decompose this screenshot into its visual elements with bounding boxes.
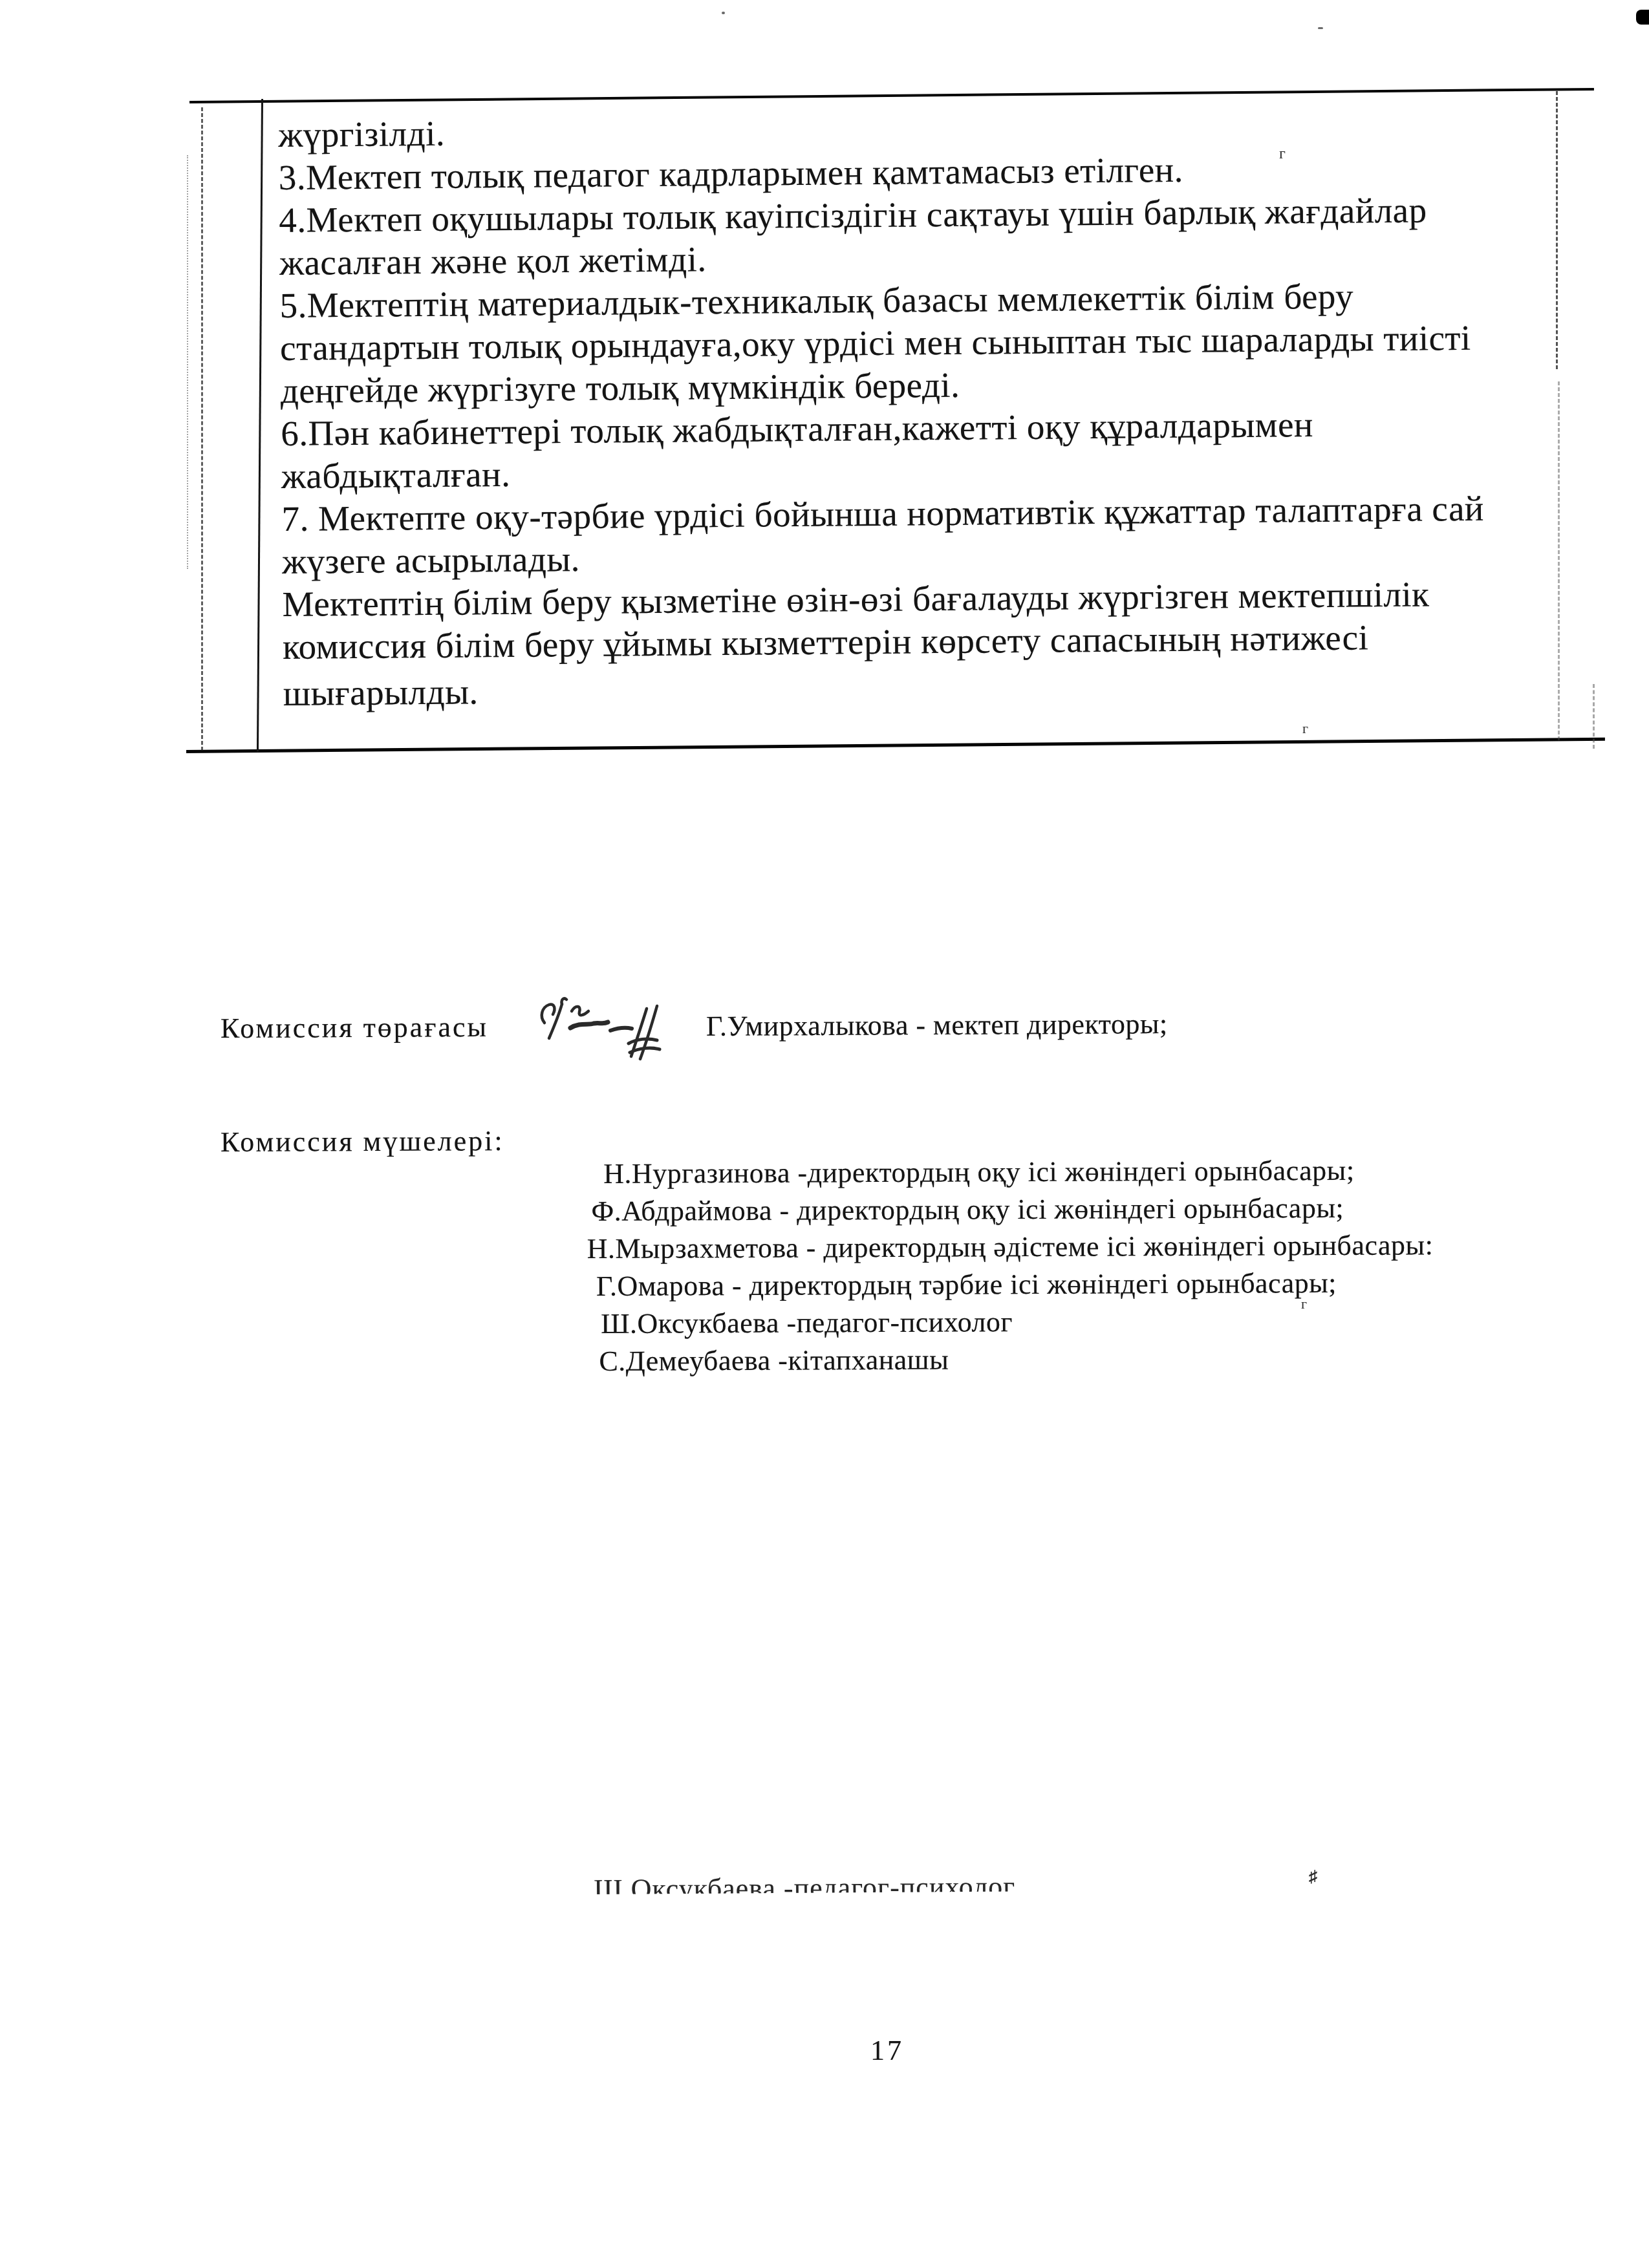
chairman-label: Комиссия төрағасы [221, 1011, 488, 1045]
report-text-block: жүргізілді. 3.Мектеп толық педагог кадрл… [278, 102, 1583, 715]
members-label: Комиссия мүшелері: [221, 1124, 504, 1159]
report-box-border-top [189, 88, 1594, 103]
scanned-document-page: жүргізілді. 3.Мектеп толық педагог кадрл… [0, 0, 1649, 2268]
scan-artifact: ♯ [1309, 1868, 1317, 1885]
member-entry: Ф.Абдраймова - директордың оқу ісі жөнін… [585, 1191, 1433, 1232]
scan-speck [1318, 27, 1323, 29]
scan-artifact: г [1279, 146, 1286, 162]
page-margin-dash [1593, 684, 1595, 749]
member-entry: Н.Мырзахметова - директордың әдістеме іс… [586, 1228, 1434, 1270]
chairman-entry: Г.Умирхалыкова - мектеп директоры; [706, 1007, 1168, 1043]
member-entry: Н.Нургазинова -директордың оқу ісі жөнін… [585, 1153, 1433, 1195]
scan-corner-mark [1636, 10, 1649, 25]
report-box-border-left-outer [187, 155, 188, 569]
scan-artifact: г [1302, 722, 1308, 736]
scan-speck [722, 12, 725, 14]
scan-artifact: г [1301, 1297, 1307, 1311]
report-box-border-left [201, 107, 203, 751]
faded-cutoff-text: Ш.Оксукбаева -педагог-психолог [594, 1871, 1137, 1894]
faded-cutoff-line: Ш.Оксукбаева -педагог-психолог [594, 1871, 1137, 1894]
page-number: 17 [870, 2034, 904, 2067]
report-box-border-bottom [186, 738, 1605, 753]
report-box-column-divider [257, 99, 263, 752]
signature-scribble [537, 996, 676, 1065]
member-entry: С.Демеубаева -кітапханашы [586, 1341, 1434, 1382]
report-line: шығарылды. [283, 661, 1583, 715]
members-list: Н.Нургазинова -директордың оқу ісі жөнін… [585, 1153, 1434, 1382]
